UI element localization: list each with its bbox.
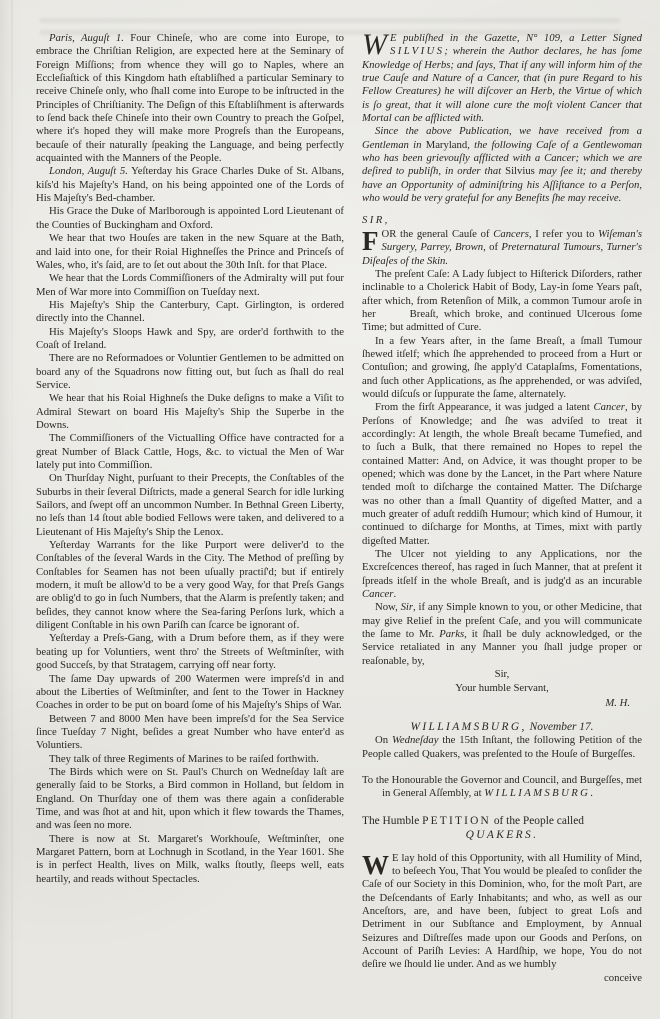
text-segment: Cancer <box>362 588 393 600</box>
text-segment: WILLIAMSBURG, <box>410 721 526 733</box>
text-segment: They talk of three Regiments of Marines … <box>49 753 319 765</box>
paragraph: Your humble Servant, <box>362 682 642 695</box>
text-segment: SIR, <box>362 214 390 226</box>
text-segment: SILVIUS <box>390 45 444 57</box>
text-segment: Maryland <box>426 139 468 151</box>
text-segment: The Humble <box>362 815 422 827</box>
paragraph: WE lay hold of this Opportunity, with al… <box>362 852 642 972</box>
paragraph: There is now at St. Margaret's Workhouſe… <box>36 833 344 886</box>
paragraph: We hear that his Roial Highneſs the Duke… <box>36 392 344 432</box>
text-segment: , I refer you to <box>529 228 598 240</box>
text-segment: PETITION <box>422 815 491 827</box>
paragraph: Paris, Auguſt 1. Four Chineſe, who are c… <box>36 32 344 165</box>
paragraph: His Majeſty's Ship the Canterbury, Capt.… <box>36 299 344 326</box>
paragraph: QUAKERS. <box>362 828 642 842</box>
paragraph: SIR, <box>362 214 642 227</box>
text-segment: Yeſterday Warrants for the like Purport … <box>36 539 344 631</box>
paragraph: They talk of three Regiments of Marines … <box>36 753 344 766</box>
text-segment: On <box>375 734 392 746</box>
paragraph: On Thurſday Night, purſuant to their Pre… <box>36 472 344 539</box>
text-segment: There is now at St. Margaret's Workhouſe… <box>36 833 344 885</box>
text-segment: Parks <box>439 628 464 640</box>
column-left: Paris, Auguſt 1. Four Chineſe, who are c… <box>36 32 344 886</box>
text-segment: Cancer <box>594 401 625 413</box>
text-segment: Silvius <box>505 165 535 177</box>
paragraph: London, Auguſt 5. Yeſterday his Grace Ch… <box>36 165 344 205</box>
text-segment: November 17. <box>527 721 594 733</box>
text-segment: E publiſhed in the Gazette, N° 109, a Le… <box>390 32 642 44</box>
paragraph: The ſame Day upwards of 200 Watermen wer… <box>36 673 344 713</box>
column-right: WE publiſhed in the Gazette, N° 109, a L… <box>362 32 642 985</box>
text-segment: Now, <box>375 601 401 613</box>
text-segment: , by Perſons of Knowledge; and ſhe was a… <box>362 401 642 546</box>
paragraph: The Humble PETITION of the People called <box>362 814 642 828</box>
paragraph: Since the above Publication, we have rec… <box>362 125 642 205</box>
text-segment: of the People called <box>491 815 584 827</box>
text-segment: His Majeſty's Sloops Hawk and Spy, are o… <box>36 326 344 351</box>
paragraph: We hear that the Lords Commiſſioners of … <box>36 272 344 299</box>
paragraph: To the Honourable the Governor and Counc… <box>362 774 642 801</box>
paragraph: We hear that two Houſes are taken in the… <box>36 232 344 272</box>
drop-cap: W <box>362 32 390 57</box>
text-segment: His Majeſty's Ship the Canterbury, Capt.… <box>36 299 344 324</box>
text-segment: Yeſterday a Preſs-Gang, with a Drum befo… <box>36 632 344 671</box>
text-segment: The Commiſſioners of the Victualling Off… <box>36 432 344 471</box>
paragraph: WE publiſhed in the Gazette, N° 109, a L… <box>362 32 642 125</box>
paragraph: There are no Reformadoes or Voluntier Ge… <box>36 352 344 392</box>
text-segment: In a few Years after, in the ſame Breaſt… <box>362 335 642 400</box>
text-segment: M. H. <box>605 697 630 709</box>
text-segment: From the firſt Appearance, it was judged… <box>375 401 594 413</box>
paragraph: In a few Years after, in the ſame Breaſt… <box>362 335 642 402</box>
text-segment: Wedneſday <box>392 734 439 746</box>
text-segment: WILLI­AMSBURG <box>484 787 590 799</box>
paragraph: FOR the general Cauſe of Cancers, I refe… <box>362 228 642 268</box>
paragraph: The Birds which were on St. Paul's Churc… <box>36 766 344 833</box>
text-segment: Cancers <box>493 228 529 240</box>
text-segment: Sir <box>401 601 413 613</box>
text-segment: We hear that the Lords Commiſſioners of … <box>36 272 344 297</box>
drop-cap: W <box>362 852 392 877</box>
paragraph: Yeſterday Warrants for the like Purport … <box>36 539 344 632</box>
text-segment: E lay hold of this Opportunity, with all… <box>362 852 642 971</box>
paragraph: From the firſt Appearance, it was judged… <box>362 401 642 548</box>
paragraph: Yeſterday a Preſs-Gang, with a Drum befo… <box>36 632 344 672</box>
paragraph: M. H. <box>362 697 642 710</box>
text-segment: On Thurſday Night, purſuant to their Pre… <box>36 472 344 537</box>
text-segment: We hear that two Houſes are taken in the… <box>36 232 344 271</box>
paragraph: The preſent Caſe: A Lady ſubject to Hiſt… <box>362 268 642 335</box>
text-segment: Four Chineſe, who are come into Europe, … <box>36 32 344 164</box>
drop-cap: F <box>362 228 382 253</box>
text-segment: His Grace the Duke of Marlborough is app… <box>36 205 344 230</box>
text-segment: Between 7 and 8000 Men have been impreſs… <box>36 713 344 752</box>
text-segment: QUAKERS. <box>466 829 539 841</box>
text-segment: OR the general Cauſe of <box>382 228 494 240</box>
paragraph: His Majeſty's Sloops Hawk and Spy, are o… <box>36 326 344 353</box>
text-segment: Breaſt, which broke, and continued Ulcer… <box>362 308 642 333</box>
paragraph: WILLIAMSBURG, November 17. <box>362 720 642 734</box>
text-segment: London, Auguſt 5. <box>49 165 128 177</box>
newspaper-page: Paris, Auguſt 1. Four Chineſe, who are c… <box>0 0 660 1019</box>
paragraph: On Wedneſday the 15th Inſtant, the follo… <box>362 734 642 761</box>
text-segment: Paris, Auguſt 1. <box>49 32 124 44</box>
text-segment: There are no Reformadoes or Voluntier Ge… <box>36 352 344 391</box>
text-segment: Sir, <box>495 668 510 680</box>
paragraph: His Grace the Duke of Marlborough is app… <box>36 205 344 232</box>
paragraph: Sir, <box>362 668 642 681</box>
text-segment: The Ulcer not yielding to any Applicatio… <box>362 548 642 587</box>
paragraph: Between 7 and 8000 Men have been impreſs… <box>36 713 344 753</box>
text-segment: conceive <box>604 972 642 984</box>
paragraph: The Ulcer not yielding to any Applicatio… <box>362 548 642 601</box>
catchword: conceive <box>362 972 642 985</box>
text-segment: . <box>590 787 593 799</box>
text-segment: Your humble Servant, <box>455 682 549 694</box>
paragraph: Now, Sir, if any Simple known to you, or… <box>362 601 642 668</box>
text-segment: . <box>393 588 396 600</box>
text-segment: The Birds which were on St. Paul's Churc… <box>36 766 344 831</box>
text-segment: of <box>486 241 502 253</box>
paragraph: The Commiſſioners of the Victualling Off… <box>36 432 344 472</box>
text-segment: We hear that his Roial Highneſs the Duke… <box>36 392 344 431</box>
text-segment: The ſame Day upwards of 200 Watermen wer… <box>36 673 344 712</box>
